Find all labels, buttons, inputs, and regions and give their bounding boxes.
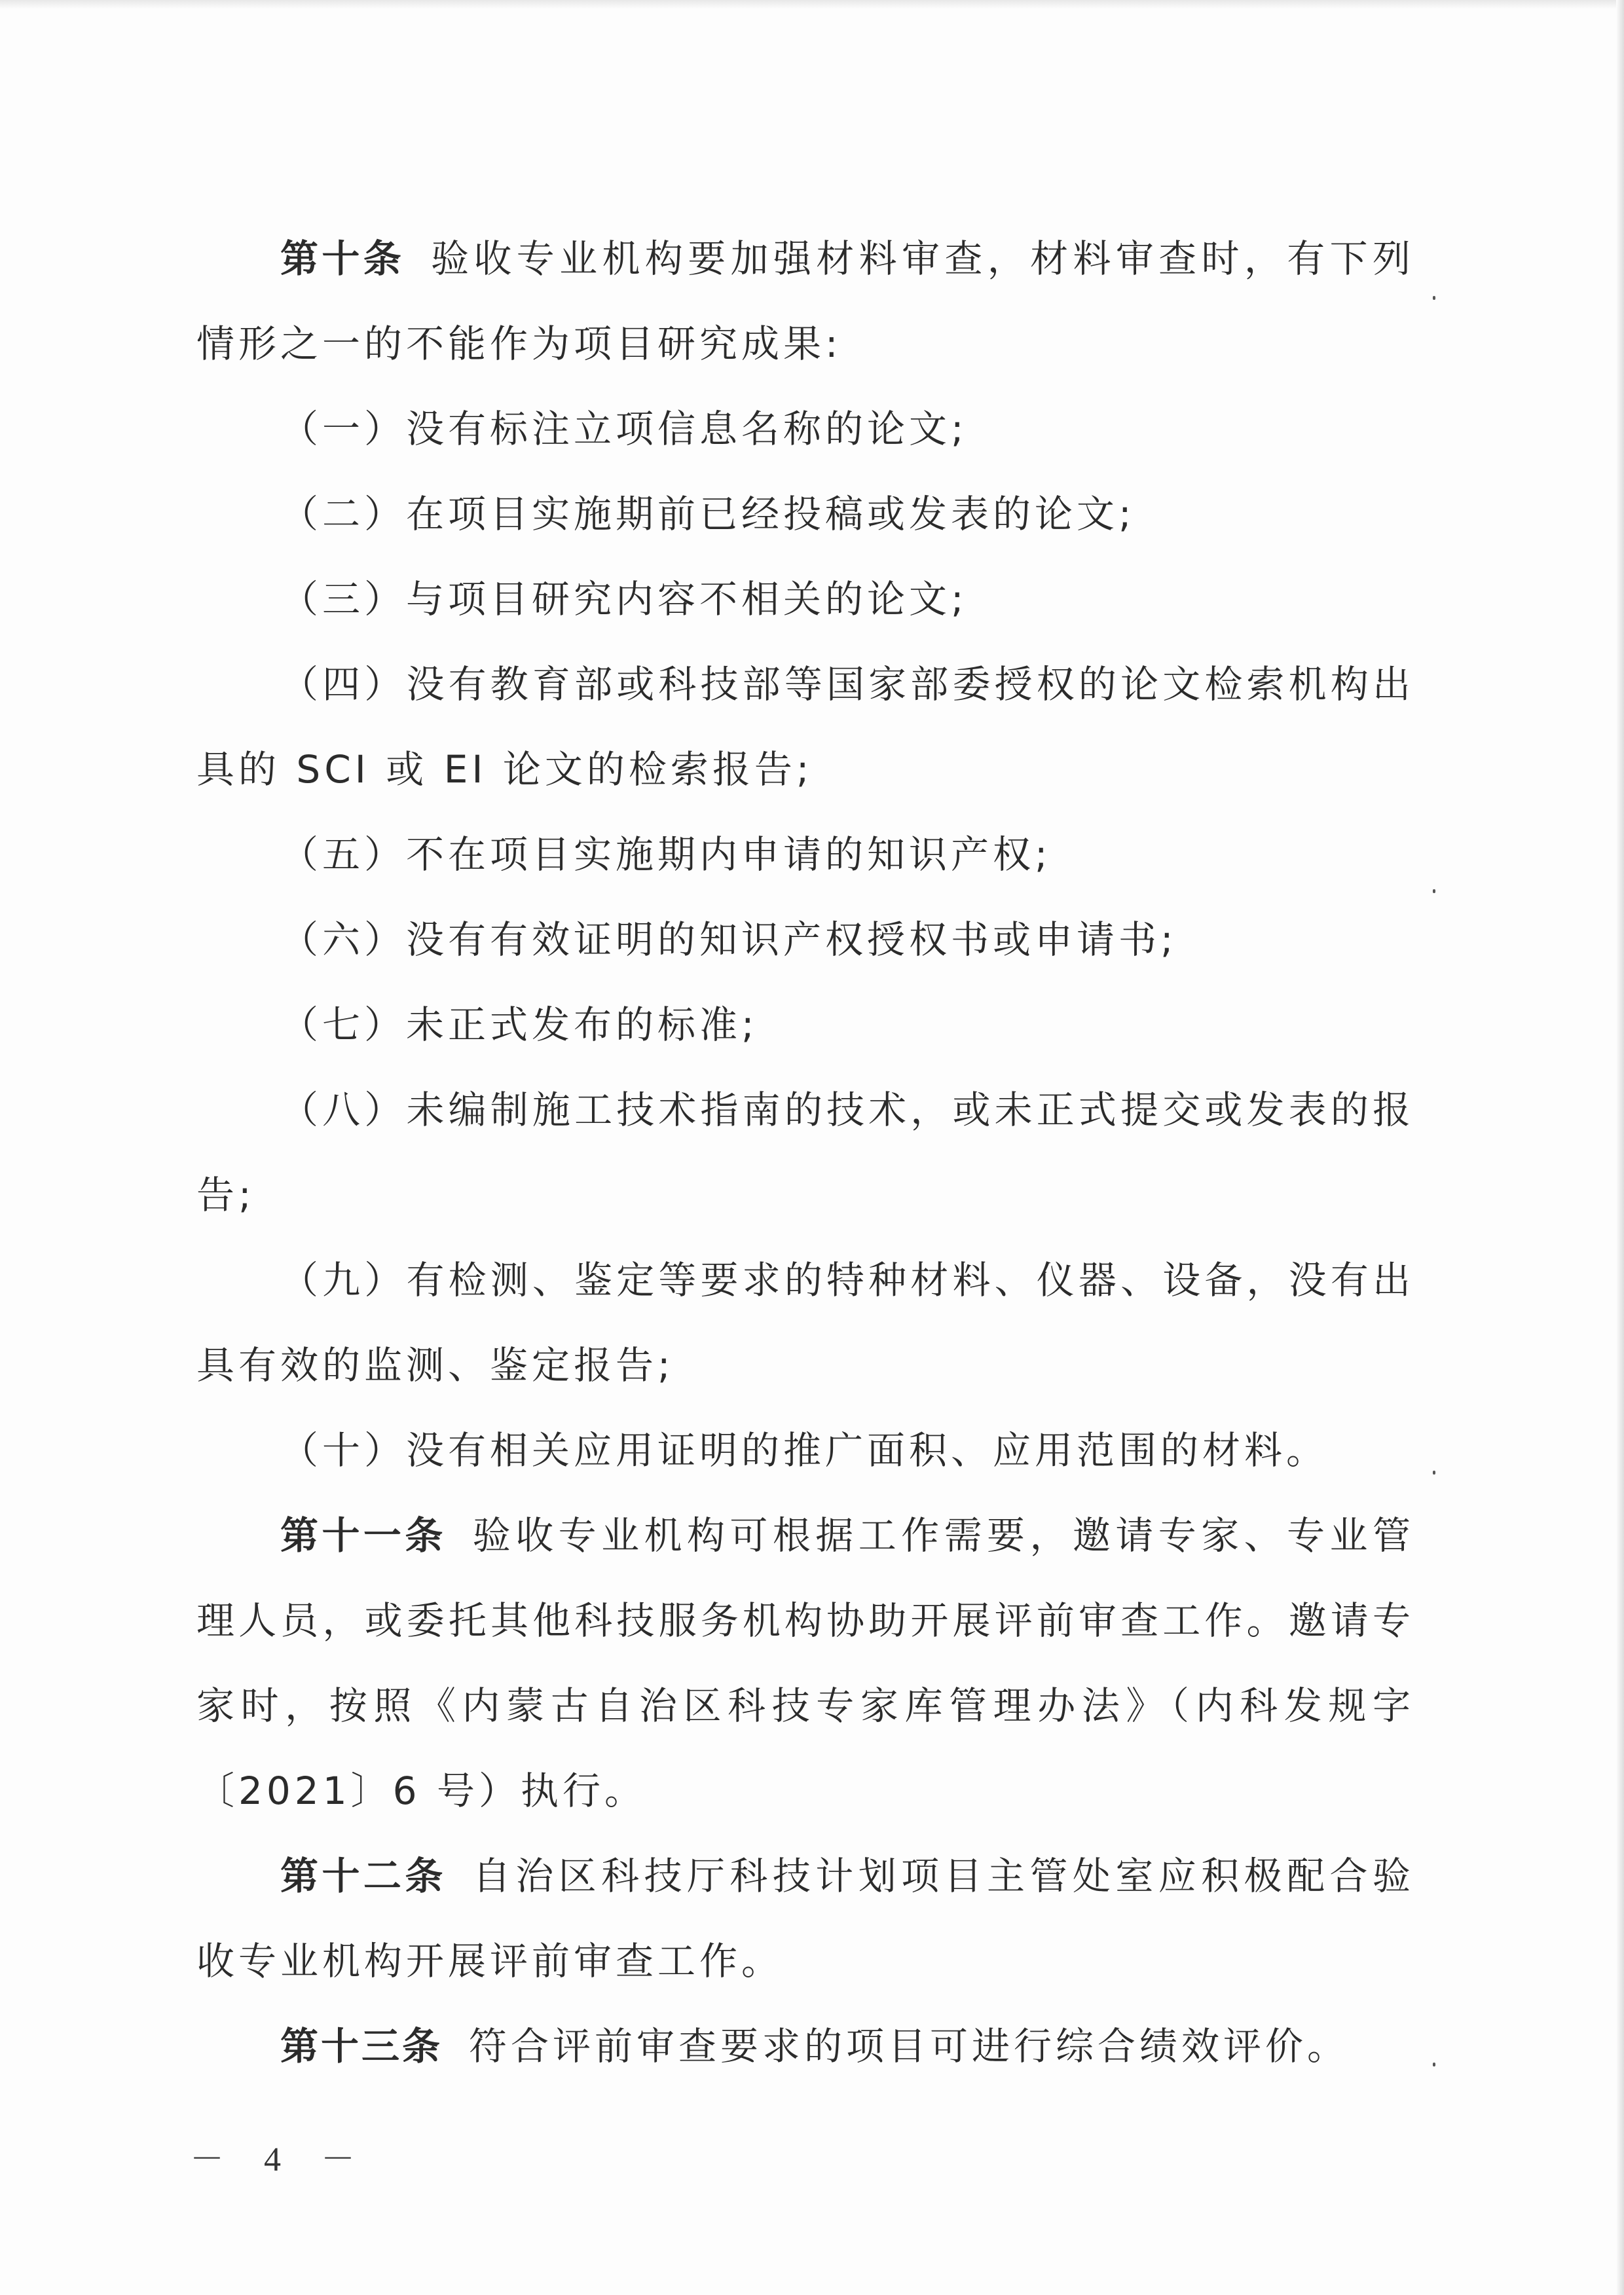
list-item-8: （八）未编制施工技术指南的技术，或未正式提交或发表的报告;: [196, 1067, 1414, 1238]
list-item-3: （三）与项目研究内容不相关的论文;: [196, 557, 1414, 642]
scan-speck: [1433, 2063, 1435, 2066]
list-item-5: （五）不在项目实施期内申请的知识产权;: [196, 812, 1414, 897]
list-item-2: （二）在项目实施期前已经投稿或发表的论文;: [196, 471, 1414, 557]
article-text: 符合评前审查要求的项目可进行综合绩效评价。: [469, 2024, 1349, 2068]
list-item-10: （十）没有相关应用证明的推广面积、应用范围的材料。: [196, 1408, 1414, 1493]
page-right-edge: [1616, 0, 1624, 2295]
list-item-6: （六）没有有效证明的知识产权授权书或申请书;: [196, 897, 1414, 982]
article-number: 第十二条: [280, 1854, 447, 1898]
article-number: 第十一条: [280, 1513, 447, 1558]
list-item-9: （九）有检测、鉴定等要求的特种材料、仪器、设备，没有出具有效的监测、鉴定报告;: [196, 1238, 1414, 1408]
article-13: 第十三条符合评前审查要求的项目可进行综合绩效评价。: [196, 2004, 1414, 2089]
article-10: 第十条验收专业机构要加强材料审查，材料审查时，有下列情形之一的不能作为项目研究成…: [196, 216, 1414, 386]
article-12: 第十二条自治区科技厅科技计划项目主管处室应积极配合验收专业机构开展评前审查工作。: [196, 1833, 1414, 2004]
scan-speck: [1433, 889, 1435, 893]
article-number: 第十条: [280, 236, 405, 281]
list-item-4: （四）没有教育部或科技部等国家部委授权的论文检索机构出具的 SCI 或 EI 论…: [196, 642, 1414, 812]
list-item-1: （一）没有标注立项信息名称的论文;: [196, 386, 1414, 471]
article-11: 第十一条验收专业机构可根据工作需要，邀请专家、专业管理人员，或委托其他科技服务机…: [196, 1493, 1414, 1833]
list-item-7: （七）未正式发布的标准;: [196, 982, 1414, 1067]
article-text: 验收专业机构可根据工作需要，邀请专家、专业管理人员，或委托其他科技服务机构协助开…: [196, 1513, 1414, 1813]
document-body: 第十条验收专业机构要加强材料审查，材料审查时，有下列情形之一的不能作为项目研究成…: [196, 216, 1414, 2089]
scan-speck: [1433, 1471, 1435, 1475]
article-number: 第十三条: [280, 2024, 443, 2068]
page-number: － 4 －: [190, 2131, 371, 2180]
scan-speck: [1433, 296, 1435, 300]
page-top-edge: [0, 0, 1624, 9]
